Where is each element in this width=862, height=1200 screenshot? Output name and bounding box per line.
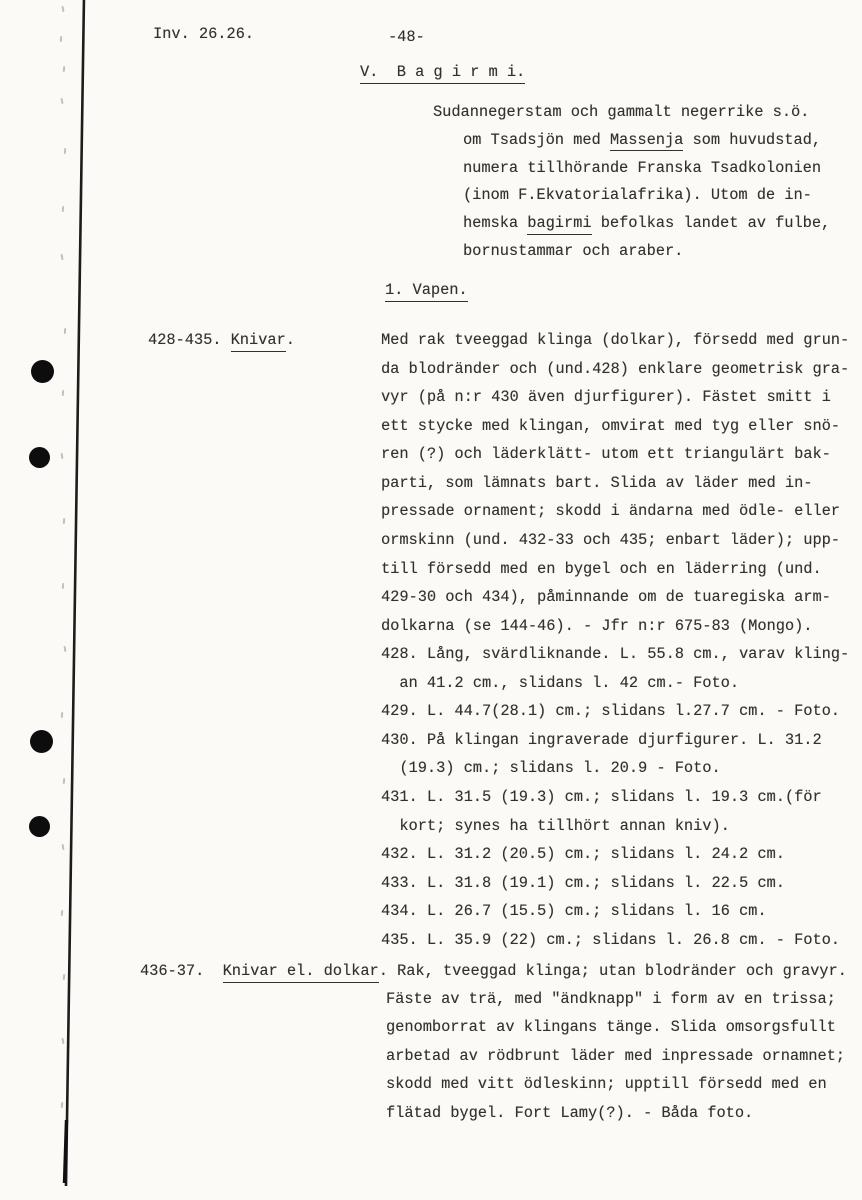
underlined-text: Knivar: [231, 331, 286, 352]
intro-paragraph: Sudannegerstam och gammalt negerrike s.ö…: [463, 99, 830, 266]
text-line: 435. L. 35.9 (22) cm.; slidans l. 26.8 c…: [381, 926, 849, 955]
document-page: Inv. 26.26. -48- V. B a g i r m i. Sudan…: [0, 0, 862, 1200]
page-number: -48-: [388, 27, 425, 47]
text-line: da blodränder och (und.428) enklare geom…: [381, 355, 849, 384]
text-line: 430. På klingan ingraverade djurfigurer.…: [381, 726, 849, 755]
text-line: (19.3) cm.; slidans l. 20.9 - Foto.: [381, 754, 849, 783]
text-line: numera tillhörande Franska Tsadkolonien: [463, 155, 830, 183]
text-run: Sudannegerstam och gammalt negerrike s.ö…: [433, 103, 809, 121]
entry-body-436-37: Fäste av trä, med "ändknapp" i form av e…: [386, 985, 845, 1127]
text-run: numera tillhörande Franska Tsadkolonien: [463, 159, 821, 177]
text-run: .: [286, 331, 295, 349]
text-line: vyr (på n:r 430 även djurfigurer). Fäste…: [381, 383, 849, 412]
text-run: hemska: [463, 214, 527, 232]
underlined-text: 1. Vapen.: [385, 281, 468, 302]
underlined-text: Knivar el. dolkar: [223, 962, 379, 983]
punch-hole: [30, 730, 53, 753]
punch-hole: [31, 360, 54, 383]
text-run: som huvudstad,: [683, 131, 821, 149]
text-line: an 41.2 cm., slidans l. 42 cm.- Foto.: [381, 669, 849, 698]
text-line: 429. L. 44.7(28.1) cm.; slidans l.27.7 c…: [381, 697, 849, 726]
text-line: till försedd med en bygel och en läderri…: [381, 555, 849, 584]
section-heading: V. B a g i r m i.: [360, 61, 525, 83]
entry-label-428-435: 428-435. Knivar.: [148, 326, 295, 355]
text-line: 433. L. 31.8 (19.1) cm.; slidans l. 22.5…: [381, 869, 849, 898]
text-run: bornustammar och araber.: [463, 242, 683, 260]
subsection-heading: 1. Vapen.: [385, 279, 468, 301]
text-line: arbetad av rödbrunt läder med inpressade…: [386, 1042, 845, 1070]
text-line: genomborrat av klingans tänge. Slida oms…: [386, 1013, 845, 1041]
text-line: ett stycke med klingan, omvirat med tyg …: [381, 412, 849, 441]
text-line: hemska bagirmi befolkas landet av fulbe,: [463, 210, 830, 238]
underlined-text: bagirmi: [527, 214, 591, 235]
text-line: pressade ornament; skodd i ändarna med ö…: [381, 497, 849, 526]
punch-hole: [29, 447, 50, 468]
entry-label-436-37: 436-37. Knivar el. dolkar. Rak, tveeggad…: [140, 957, 847, 985]
text-line: 432. L. 31.2 (20.5) cm.; slidans l. 24.2…: [381, 840, 849, 869]
text-line: 434. L. 26.7 (15.5) cm.; slidans l. 16 c…: [381, 897, 849, 926]
text-run: om Tsadsjön med: [463, 131, 610, 149]
text-line: bornustammar och araber.: [463, 238, 830, 266]
text-line: ren (?) och läderklätt- utom ett triangu…: [381, 440, 849, 469]
text-run: . Rak, tveeggad klinga; utan blodränder …: [379, 962, 847, 980]
text-line: kort; synes ha tillhört annan kniv).: [381, 812, 849, 841]
text-line: (inom F.Ekvatorialafrika). Utom de in-: [463, 182, 830, 210]
text-line: 431. L. 31.5 (19.3) cm.; slidans l. 19.3…: [381, 783, 849, 812]
text-line: Sudannegerstam och gammalt negerrike s.ö…: [433, 99, 830, 127]
underlined-text: V. B a g i r m i.: [360, 63, 525, 84]
text-line: Fäste av trä, med "ändknapp" i form av e…: [386, 985, 845, 1013]
text-line: dolkarna (se 144-46). - Jfr n:r 675-83 (…: [381, 612, 849, 641]
text-line: om Tsadsjön med Massenja som huvudstad,: [463, 127, 830, 155]
underlined-text: Massenja: [610, 131, 683, 152]
inventory-number: Inv. 26.26.: [153, 24, 254, 44]
text-run: 436-37.: [140, 962, 223, 980]
text-line: flätad bygel. Fort Lamy(?). - Båda foto.: [386, 1099, 845, 1127]
text-line: Med rak tveeggad klinga (dolkar), försed…: [381, 326, 849, 355]
punch-hole: [29, 816, 50, 837]
entry-body-428-435: Med rak tveeggad klinga (dolkar), försed…: [381, 326, 849, 954]
text-line: 428. Lång, svärdliknande. L. 55.8 cm., v…: [381, 640, 849, 669]
text-run: befolkas landet av fulbe,: [592, 214, 831, 232]
text-run: 428-435.: [148, 331, 231, 349]
text-line: 429-30 och 434), påminnande om de tuareg…: [381, 583, 849, 612]
text-line: parti, som lämnats bart. Slida av läder …: [381, 469, 849, 498]
text-run: (inom F.Ekvatorialafrika). Utom de in-: [463, 186, 812, 204]
text-line: ormskinn (und. 432-33 och 435; enbart lä…: [381, 526, 849, 555]
text-line: skodd med vitt ödleskinn; upptill försed…: [386, 1070, 845, 1098]
